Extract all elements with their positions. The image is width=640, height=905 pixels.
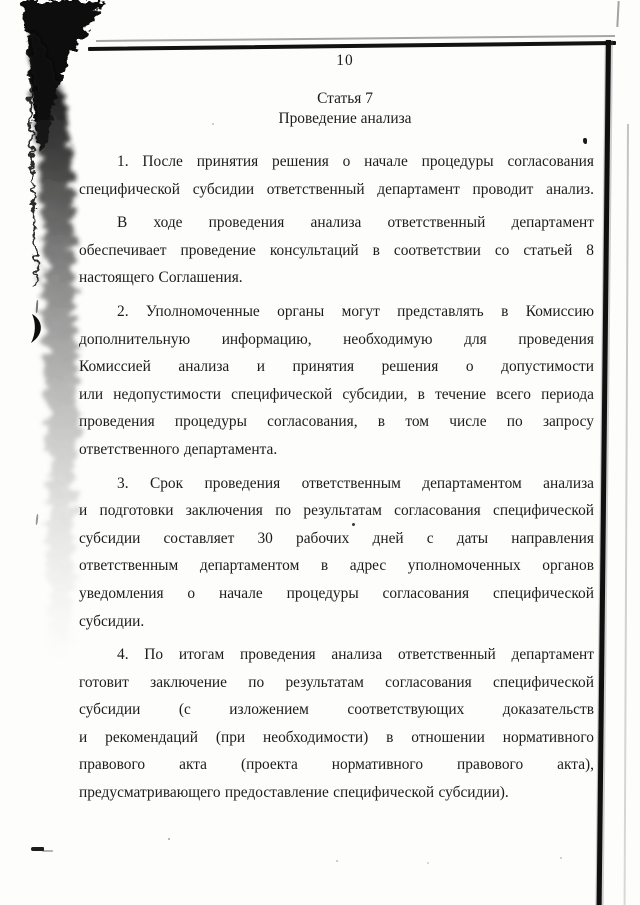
text-line: В ходе проведения анализа ответственный … — [79, 209, 594, 237]
paragraph: 4. По итогам проведения анализа ответств… — [79, 641, 594, 807]
speck — [427, 862, 429, 864]
text-line: правового акта (проекта нормативного пра… — [79, 751, 594, 779]
paragraph: 1. После принятия решения о начале проце… — [79, 148, 594, 203]
text-line: 3. Срок проведения ответственным департа… — [79, 470, 594, 498]
shadow-streak — [30, 30, 78, 660]
scanned-document-page: { "page": { "number": "10", "heading": {… — [0, 0, 640, 905]
speck — [336, 860, 338, 862]
paragraph: В ходе проведения анализа ответственный … — [79, 209, 594, 292]
text-line: обеспечивает проведение консультаций в с… — [79, 237, 594, 265]
page-border-top-thin — [96, 35, 615, 42]
text-line: дополнительную информацию, необходимую д… — [79, 326, 594, 354]
bottom-dash-artifact — [31, 847, 44, 851]
text-line: проведения процедуры согласования, в том… — [79, 408, 594, 436]
page-border-right — [597, 40, 611, 905]
text-line: 1. После принятия решения о начале проце… — [79, 148, 594, 176]
speck — [168, 838, 170, 840]
paragraph: 2. Уполномоченные органы могут представл… — [79, 298, 594, 464]
text-line: специфической субсидии ответственный деп… — [79, 176, 594, 204]
text-line: субсидии составляет 30 рабочих дней с да… — [79, 525, 594, 553]
text-line: ответственным департаментом в адрес упол… — [79, 552, 594, 580]
text-line: и подготовки заключения по результатам с… — [79, 497, 594, 525]
text-line: готовит заключение по результатам соглас… — [79, 669, 594, 697]
speck — [560, 857, 562, 859]
text-line: и рекомендаций (при необходимости) в отн… — [79, 724, 594, 752]
text-line: или недопустимости специфической субсиди… — [79, 381, 594, 409]
text-line: 4. По итогам проведения анализа ответств… — [79, 641, 594, 669]
document-body: 1. После принятия решения о начале проце… — [79, 148, 594, 807]
page-edge-line-right — [624, 124, 629, 905]
article-heading: Статья 7 — [80, 89, 610, 109]
page-edge-mark-top-right — [616, 1, 619, 27]
article-heading-block: Статья 7 Проведение анализа — [80, 89, 610, 129]
text-line: Комиссией анализа и принятия решения о д… — [79, 353, 594, 381]
article-title: Проведение анализа — [80, 109, 610, 129]
margin-crescent-mark — [30, 314, 46, 344]
text-line: настоящего Соглашения. — [79, 264, 594, 292]
page-number: 10 — [80, 52, 610, 70]
text-line: предусматривающего предоставление специф… — [79, 779, 594, 807]
text-line: 2. Уполномоченные органы могут представл… — [79, 298, 594, 326]
text-line: ответственного департамента. — [79, 436, 594, 464]
text-line: субсидии (с изложением соответствующих д… — [79, 696, 594, 724]
paragraph: 3. Срок проведения ответственным департа… — [79, 470, 594, 636]
text-line: уведомления о начале процедуры согласова… — [79, 580, 594, 608]
text-line: субсидии. — [79, 608, 594, 636]
ink-dot — [583, 138, 587, 144]
page-border-top — [88, 41, 616, 51]
